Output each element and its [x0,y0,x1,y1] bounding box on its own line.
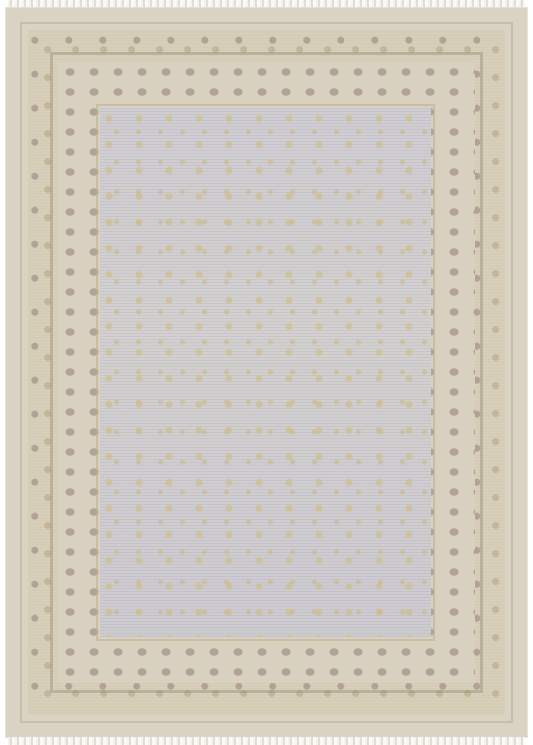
bottom-fringe [8,737,525,745]
rug [6,8,527,737]
rug-field [100,108,431,637]
top-fringe [8,0,525,8]
